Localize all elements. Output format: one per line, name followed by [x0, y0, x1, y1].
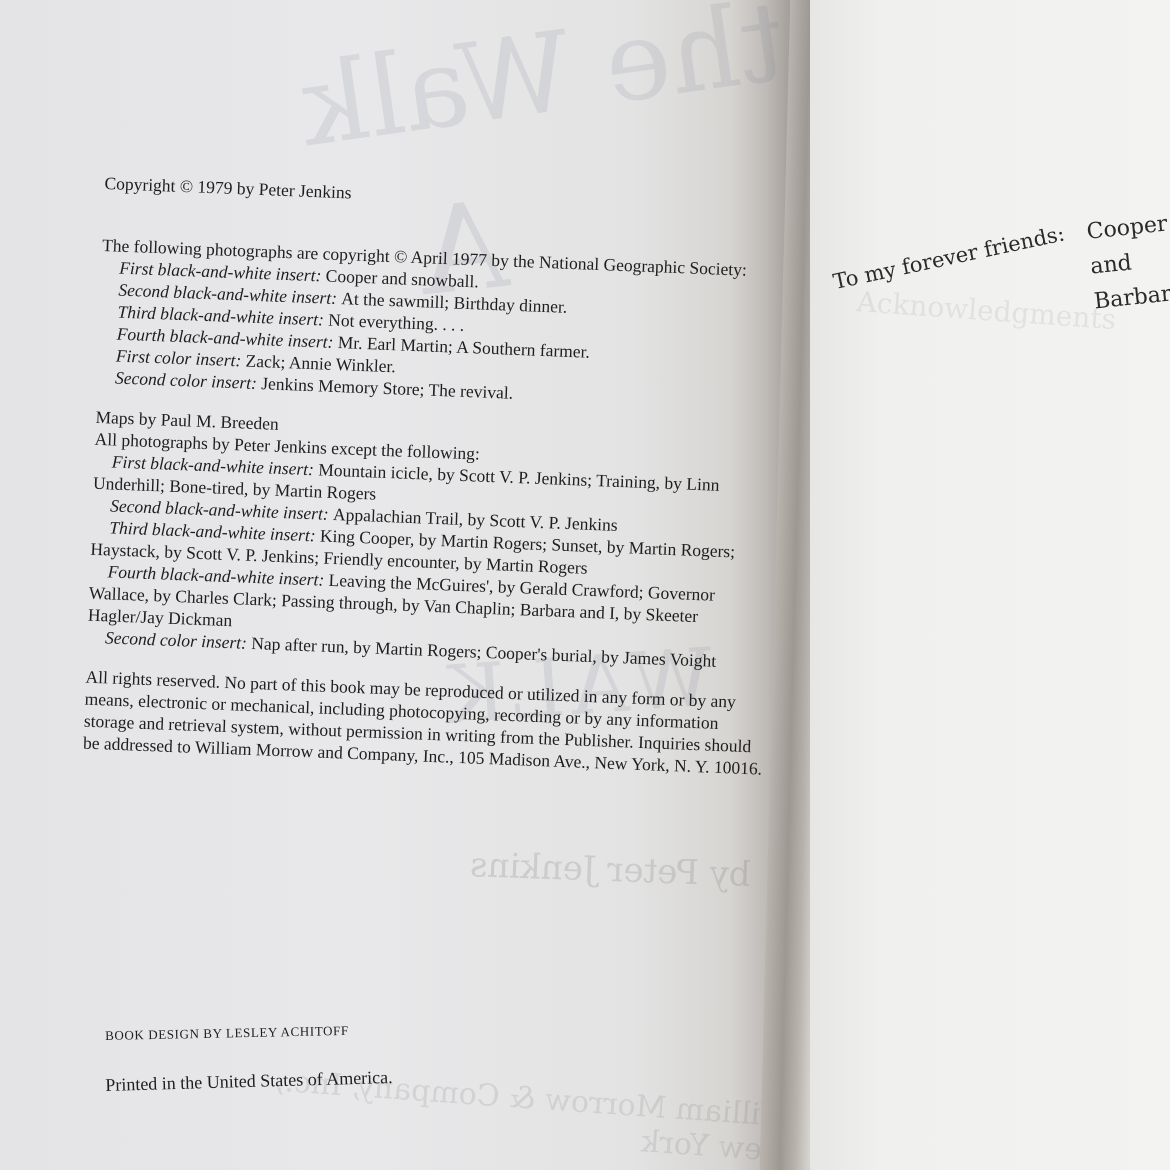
open-book-photo: the Walk A WALK by Peter Jenkins William… [0, 0, 1170, 1170]
photo-copyright-section: The following photographs are copyright … [97, 234, 782, 414]
insert-label: Second color insert: [115, 368, 262, 394]
dedication-page [810, 0, 1170, 1170]
copyright-notice: Copyright © 1979 by Peter Jenkins [104, 172, 784, 220]
insert-label: Second color insert: [105, 627, 252, 653]
bleed-through-author: by Peter Jenkins [469, 845, 751, 895]
rights-notice: All rights reserved. No part of this boo… [83, 666, 766, 780]
photo-copyright-list: First black-and-white insert: Cooper and… [97, 256, 782, 414]
bleed-through-title: the Walk [293, 0, 792, 171]
photo-credits-list: First black-and-white insert: Mountain i… [87, 450, 774, 674]
printed-in-notice: Printed in the United States of America. [105, 1067, 393, 1096]
photo-credits-section: All photographs by Peter Jenkins except … [87, 428, 775, 674]
dedication-names: Cooper and Barbara [1085, 206, 1170, 320]
copyright-text-block: Copyright © 1979 by Peter Jenkins The fo… [83, 172, 785, 780]
copyright-page: the Walk A WALK by Peter Jenkins William… [0, 0, 790, 1170]
book-design-credit: BOOK DESIGN BY LESLEY ACHITOFF [105, 1023, 349, 1044]
